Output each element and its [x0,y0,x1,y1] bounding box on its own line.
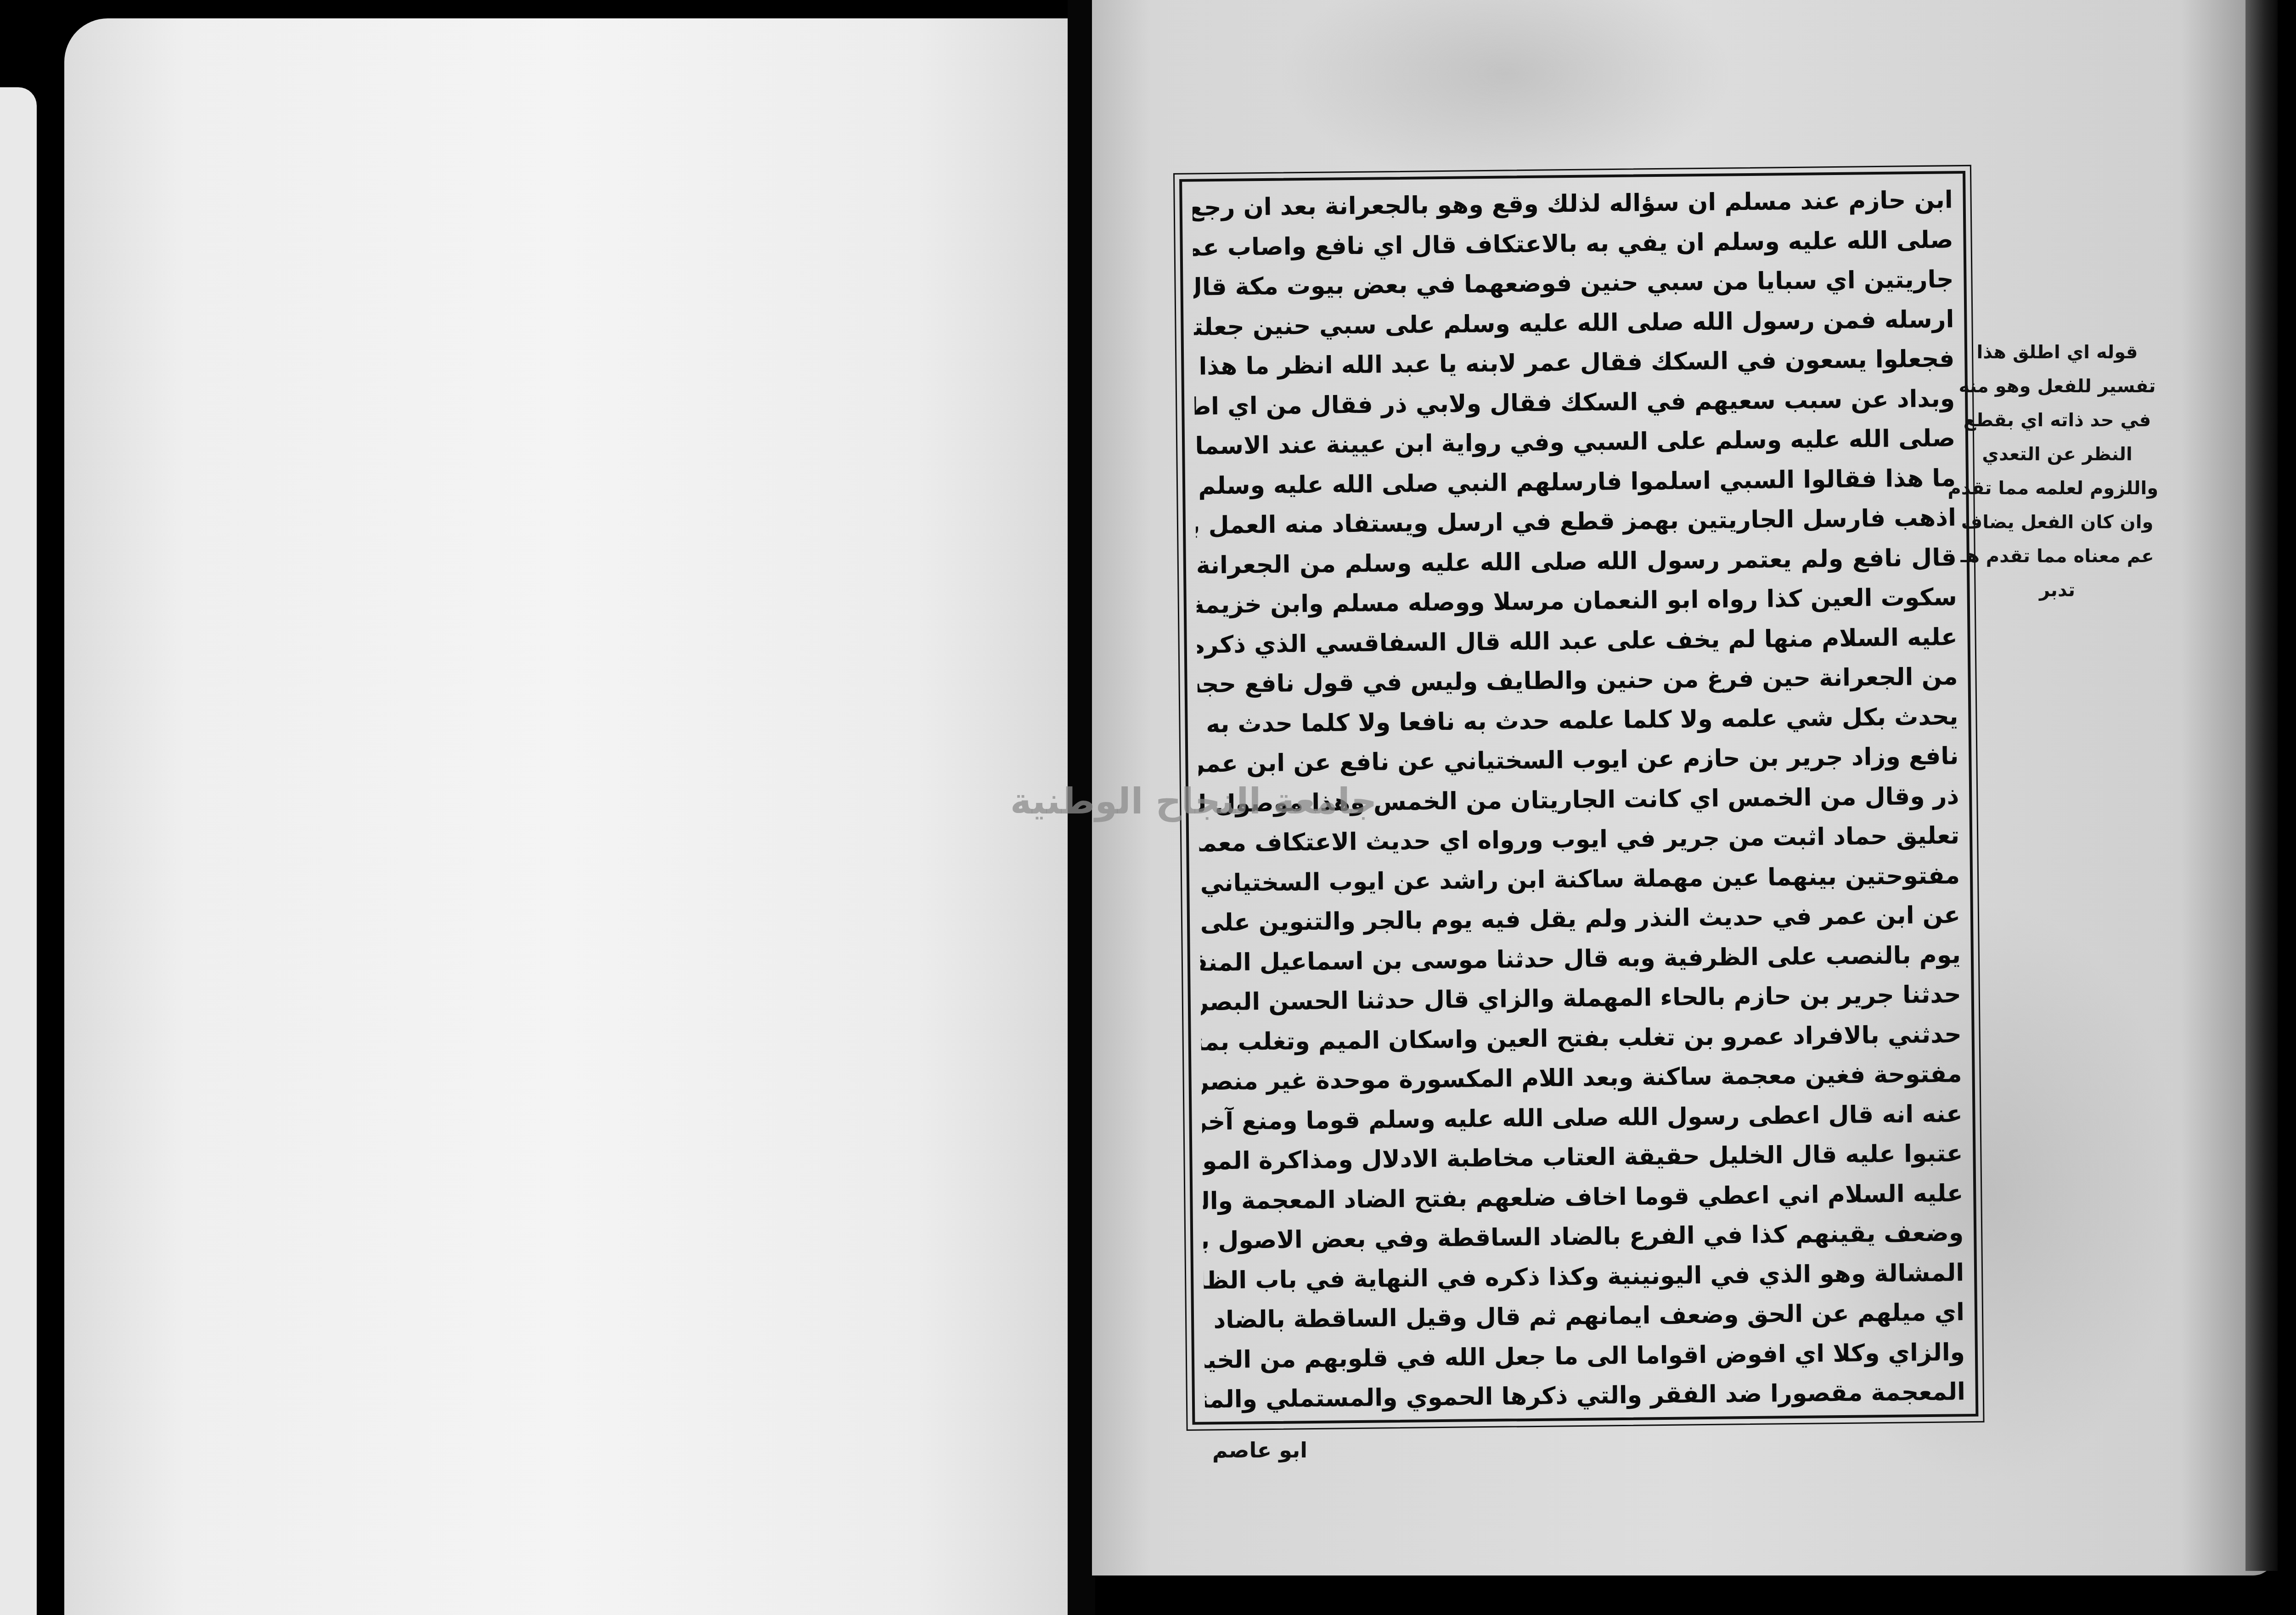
text-line: مفتوحتين بينهما عين مهملة ساكنة ابن راشد… [1199,856,1960,903]
margin-note-line: واللزوم لعلمه مما تقدم [1956,471,2158,505]
text-line: تعليق حماد اثبت من جرير في ايوب ورواه اي… [1199,816,1960,864]
margin-note-line: وان كان الفعل يضاف [1956,505,2158,539]
left-blank-page [64,18,1068,1615]
margin-note-line: في حد ذاته اي بقطع [1956,403,2158,437]
margin-note-line: قوله اي اطلق هذا [1956,335,2158,369]
margin-note-line: تدبر [1956,573,2158,607]
text-line: قال نافع ولم يعتمر رسول الله صلى الله عل… [1196,538,1957,586]
marginal-note: قوله اي اطلق هذاتفسير للفعل وهو منهفي حد… [1956,335,2158,607]
page-edge-shadow [2245,0,2278,1571]
text-line: حدثنا جرير بن حازم بالحاء المهملة والزاي… [1200,975,1961,1022]
margin-note-line: تفسير للفعل وهو منه [1956,369,2158,403]
text-line: المعجمة مقصورا ضد الفقر والتي ذكرها الحم… [1204,1372,1965,1415]
margin-note-line: عم معناه مما تقدم هـ [1956,539,2158,573]
adjacent-page-sliver [0,87,37,1615]
margin-note-line: النظر عن التعدي [1956,437,2158,471]
library-watermark: جامعة النجاح الوطنية [1010,781,1377,822]
catchword: ابو عاصم [1212,1438,1307,1463]
text-line: فجعلوا يسعون في السكك فقال عمر لابنه يا … [1194,339,1955,387]
